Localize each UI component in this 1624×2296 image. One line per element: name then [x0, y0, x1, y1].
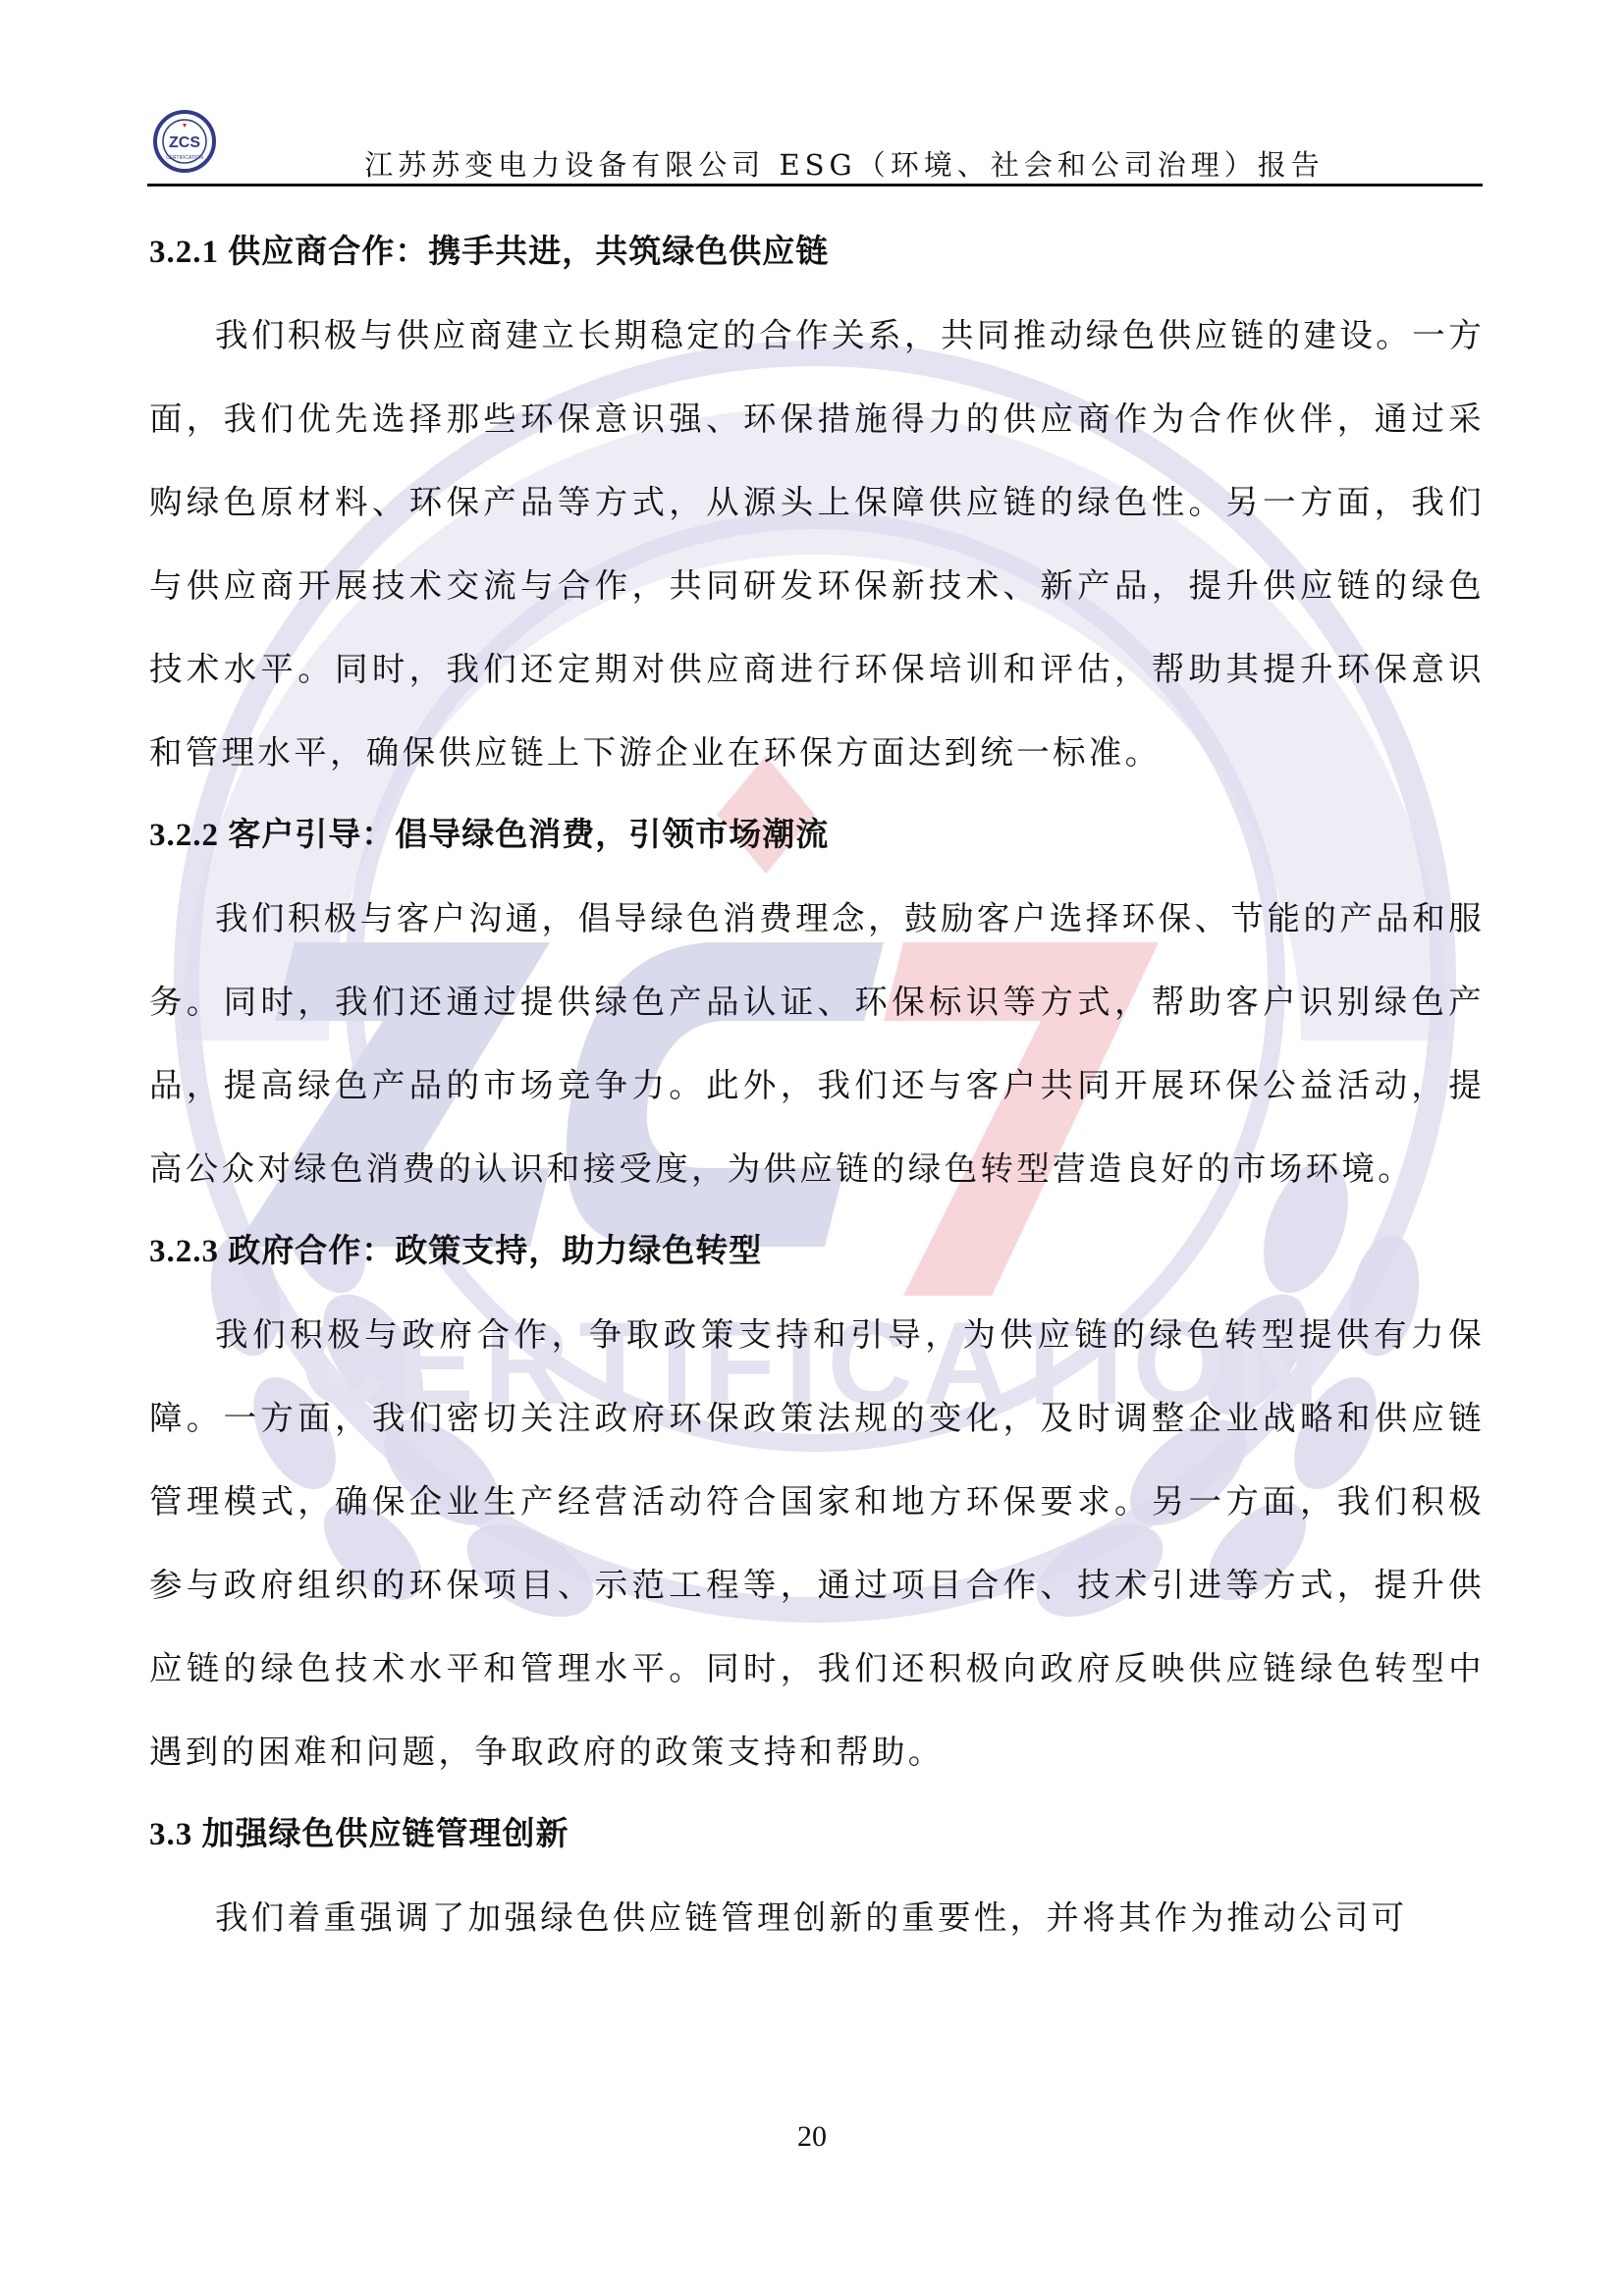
heading-number: 3.2.3: [149, 1234, 219, 1269]
heading-text: 加强绿色供应链管理创新: [202, 1817, 569, 1852]
heading-text: 供应商合作：携手共进，共筑绿色供应链: [228, 235, 829, 270]
heading-number: 3.3: [149, 1817, 192, 1852]
heading-number: 3.2.2: [149, 818, 219, 853]
page-header: ZCS CERTIFICATION 江苏苏变电力设备有限公司 ESG（环境、社会…: [147, 106, 1483, 187]
section-heading: 3.2.2 客户引导：倡导绿色消费，引领市场潮流: [149, 794, 1485, 877]
heading-text: 客户引导：倡导绿色消费，引领市场潮流: [228, 818, 829, 853]
header-title: 江苏苏变电力设备有限公司 ESG（环境、社会和公司治理）报告: [147, 143, 1483, 184]
section-3-3: 3.3 加强绿色供应链管理创新 我们着重强调了加强绿色供应链管理创新的重要性，并…: [149, 1793, 1485, 1959]
heading-number: 3.2.1: [149, 235, 219, 270]
section-heading: 3.2.3 政府合作：政策支持，助力绿色转型: [149, 1210, 1485, 1293]
section-3-2-3: 3.2.3 政府合作：政策支持，助力绿色转型 我们积极与政府合作，争取政策支持和…: [149, 1210, 1485, 1793]
section-3-2-2: 3.2.2 客户引导：倡导绿色消费，引领市场潮流 我们积极与客户沟通，倡导绿色消…: [149, 794, 1485, 1210]
section-heading: 3.3 加强绿色供应链管理创新: [149, 1793, 1485, 1876]
section-heading: 3.2.1 供应商合作：携手共进，共筑绿色供应链: [149, 211, 1485, 294]
heading-text: 政府合作：政策支持，助力绿色转型: [228, 1234, 762, 1269]
section-3-2-1: 3.2.1 供应商合作：携手共进，共筑绿色供应链 我们积极与供应商建立长期稳定的…: [149, 211, 1485, 794]
document-body: 3.2.1 供应商合作：携手共进，共筑绿色供应链 我们积极与供应商建立长期稳定的…: [149, 211, 1485, 1959]
section-paragraph: 我们积极与客户沟通，倡导绿色消费理念，鼓励客户选择环保、节能的产品和服务。同时，…: [149, 877, 1485, 1210]
section-paragraph: 我们着重强调了加强绿色供应链管理创新的重要性，并将其作为推动公司可: [149, 1876, 1485, 1959]
header-rule: [147, 184, 1483, 187]
page-number: 20: [0, 2120, 1624, 2154]
section-paragraph: 我们积极与供应商建立长期稳定的合作关系，共同推动绿色供应链的建设。一方面，我们优…: [149, 294, 1485, 794]
section-paragraph: 我们积极与政府合作，争取政策支持和引导，为供应链的绿色转型提供有力保障。一方面，…: [149, 1293, 1485, 1793]
